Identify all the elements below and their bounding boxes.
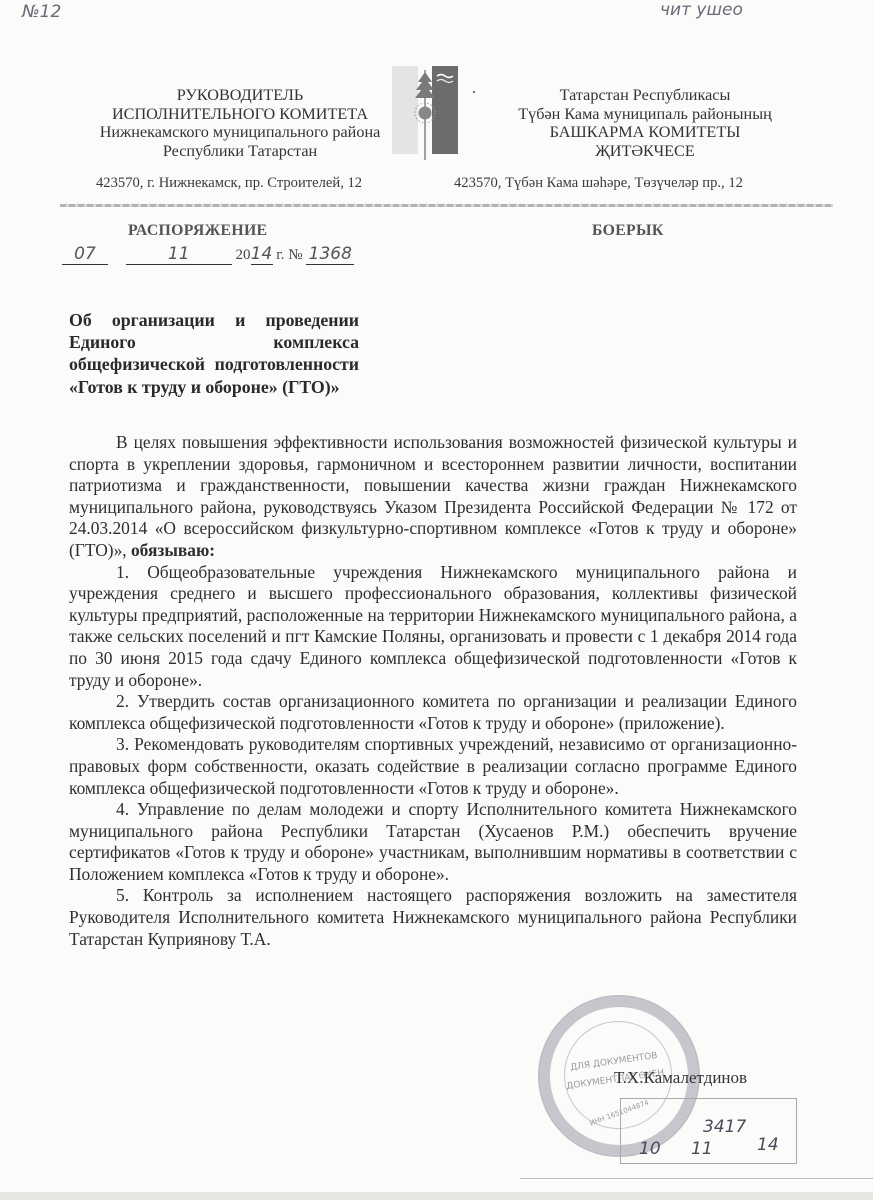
registration-day: 10 <box>639 1139 661 1159</box>
header-left-line3: Нижнекамского муниципального района <box>90 123 390 142</box>
header-divider <box>60 204 833 207</box>
registration-year: 14 <box>757 1135 779 1155</box>
header-left-line2: ИСПОЛНИТЕЛЬНОГО КОМИТЕТА <box>90 105 390 124</box>
address-left: 423570, г. Нижнекамск, пр. Строителей, 1… <box>96 175 362 192</box>
registration-month: 11 <box>691 1139 713 1159</box>
date-year-prefix: 20 <box>236 247 251 263</box>
paragraph-intro-bold: обязываю: <box>127 540 215 560</box>
header-right-line4: ҖИТӘКЧЕСЕ <box>495 142 795 161</box>
header-left-line1: РУКОВОДИТЕЛЬ <box>90 86 390 105</box>
document-date-line: 07 11 2014 г. № 1368 <box>62 244 354 265</box>
bottom-divider <box>520 1178 873 1179</box>
date-year-suffix: 14 <box>251 244 273 264</box>
scan-bottom-edge <box>0 1192 873 1200</box>
paragraph-2: 2. Утвердить состав организационного ком… <box>69 691 797 734</box>
document-body: В целях повышения эффективности использо… <box>69 432 797 950</box>
date-number-label: г. № <box>276 247 302 263</box>
header-right-line3: БАШКАРМА КОМИТЕТЫ <box>495 123 795 142</box>
letterhead-left: РУКОВОДИТЕЛЬ ИСПОЛНИТЕЛЬНОГО КОМИТЕТА Ни… <box>90 86 390 160</box>
registration-number: 3417 <box>703 1117 746 1137</box>
coat-of-arms-icon <box>388 62 478 162</box>
paragraph-3: 3. Рекомендовать руководителям спортивны… <box>69 734 797 799</box>
letterhead-right: Татарстан Республикасы Түбән Кама муници… <box>495 86 795 160</box>
signer-name: Т.Х.Камалетдинов <box>614 1068 747 1088</box>
document-type-ru: РАСПОРЯЖЕНИЕ <box>128 222 267 240</box>
registration-stamp: 3417 10 11 14 <box>620 1098 797 1164</box>
header-right-line1: Татарстан Республикасы <box>495 86 795 105</box>
date-month: 11 <box>168 244 190 264</box>
header-right-line2: Түбән Кама муниципаль районының <box>495 105 795 124</box>
document-number: 1368 <box>309 244 352 264</box>
handwritten-note-top-right: чит ушео <box>660 0 743 20</box>
date-day: 07 <box>74 244 96 264</box>
document-type-tt: БОЕРЫК <box>592 222 664 240</box>
address-right: 423570, Түбән Кама шәһәре, Төзүчеләр пр.… <box>454 175 743 192</box>
header-left-line4: Республики Татарстан <box>90 142 390 161</box>
handwritten-note-number: №12 <box>22 2 61 22</box>
document-subject: Об организации и проведении Единого комп… <box>69 309 359 398</box>
paragraph-1: 1. Общеобразовательные учреждения Нижнек… <box>69 562 797 692</box>
paragraph-5: 5. Контроль за исполнением настоящего ра… <box>69 885 797 950</box>
paragraph-intro: В целях повышения эффективности использо… <box>69 432 797 562</box>
paragraph-4: 4. Управление по делам молодежи и спорту… <box>69 799 797 885</box>
